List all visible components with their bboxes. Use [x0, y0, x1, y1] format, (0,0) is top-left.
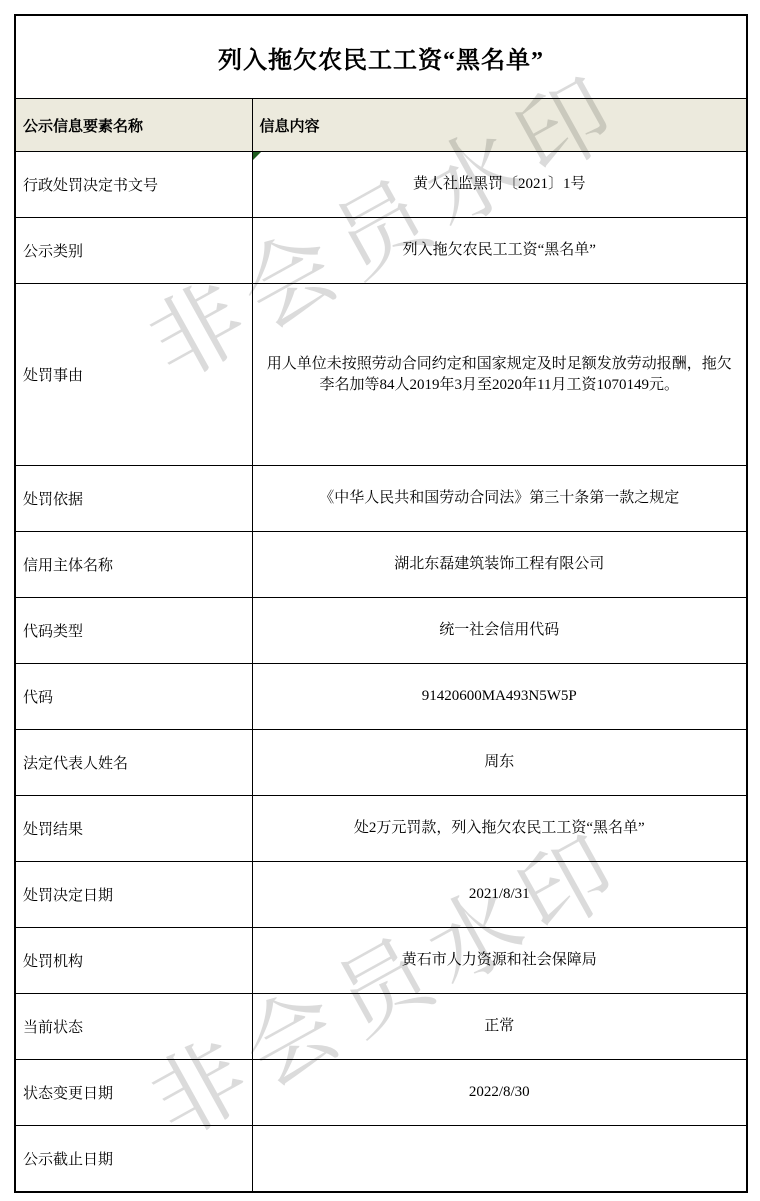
excel-green-triangle-icon	[253, 152, 261, 160]
table-row: 行政处罚决定书文号黄人社监黑罚〔2021〕1号	[15, 152, 747, 218]
row-value-text: 统一社会信用代码	[439, 622, 559, 638]
row-label: 法定代表人姓名	[15, 730, 252, 796]
table-row: 处罚事由用人单位未按照劳动合同约定和国家规定及时足额发放劳动报酬，拖欠李名加等8…	[15, 284, 747, 466]
table-row: 法定代表人姓名周东	[15, 730, 747, 796]
row-label: 处罚依据	[15, 466, 252, 532]
row-label: 行政处罚决定书文号	[15, 152, 252, 218]
row-value-text: 正常	[484, 1018, 514, 1034]
row-label: 代码	[15, 664, 252, 730]
row-value-text: 《中华人民共和国劳动合同法》第三十条第一款之规定	[319, 490, 679, 506]
notice-page: 列入拖欠农民工工资“黑名单” 公示信息要素名称 信息内容 行政处罚决定书文号黄人…	[0, 0, 760, 1201]
row-value-text: 黄石市人力资源和社会保障局	[402, 952, 597, 968]
row-value: 湖北东磊建筑装饰工程有限公司	[252, 532, 747, 598]
row-label: 当前状态	[15, 994, 252, 1060]
row-label: 处罚机构	[15, 928, 252, 994]
row-value: 列入拖欠农民工工资“黑名单”	[252, 218, 747, 284]
row-label: 公示类别	[15, 218, 252, 284]
row-value-text: 2022/8/30	[469, 1084, 530, 1100]
row-value: 黄石市人力资源和社会保障局	[252, 928, 747, 994]
row-value: 2022/8/30	[252, 1060, 747, 1126]
table-row: 处罚决定日期2021/8/31	[15, 862, 747, 928]
row-label: 处罚结果	[15, 796, 252, 862]
row-label: 信用主体名称	[15, 532, 252, 598]
row-value-text: 湖北东磊建筑装饰工程有限公司	[394, 556, 604, 572]
table-row: 当前状态正常	[15, 994, 747, 1060]
row-value-text: 周东	[484, 754, 514, 770]
row-value-text: 2021/8/31	[469, 886, 530, 902]
table-row: 处罚机构黄石市人力资源和社会保障局	[15, 928, 747, 994]
row-value: 周东	[252, 730, 747, 796]
table-row: 处罚依据《中华人民共和国劳动合同法》第三十条第一款之规定	[15, 466, 747, 532]
row-value: 正常	[252, 994, 747, 1060]
table-row: 公示类别列入拖欠农民工工资“黑名单”	[15, 218, 747, 284]
row-value: 2021/8/31	[252, 862, 747, 928]
column-header-content: 信息内容	[252, 99, 747, 152]
page-title: 列入拖欠农民工工资“黑名单”	[15, 15, 747, 99]
row-value-text: 91420600MA493N5W5P	[422, 688, 577, 704]
row-label: 处罚决定日期	[15, 862, 252, 928]
row-value: 《中华人民共和国劳动合同法》第三十条第一款之规定	[252, 466, 747, 532]
table-row: 公示截止日期	[15, 1126, 747, 1192]
row-value: 统一社会信用代码	[252, 598, 747, 664]
table-row: 处罚结果处2万元罚款，列入拖欠农民工工资“黑名单”	[15, 796, 747, 862]
row-label: 公示截止日期	[15, 1126, 252, 1192]
row-value: 处2万元罚款，列入拖欠农民工工资“黑名单”	[252, 796, 747, 862]
row-value-text: 处2万元罚款，列入拖欠农民工工资“黑名单”	[354, 820, 645, 836]
row-value: 用人单位未按照劳动合同约定和国家规定及时足额发放劳动报酬，拖欠李名加等84人20…	[252, 284, 747, 466]
row-value: 黄人社监黑罚〔2021〕1号	[252, 152, 747, 218]
title-row: 列入拖欠农民工工资“黑名单”	[15, 15, 747, 99]
row-label: 处罚事由	[15, 284, 252, 466]
header-row: 公示信息要素名称 信息内容	[15, 99, 747, 152]
table-row: 状态变更日期2022/8/30	[15, 1060, 747, 1126]
table-row: 代码91420600MA493N5W5P	[15, 664, 747, 730]
row-value-text: 列入拖欠农民工工资“黑名单”	[403, 242, 596, 258]
row-label: 代码类型	[15, 598, 252, 664]
row-value-text: 黄人社监黑罚〔2021〕1号	[413, 176, 586, 192]
table-row: 代码类型统一社会信用代码	[15, 598, 747, 664]
row-value	[252, 1126, 747, 1192]
row-value-text: 用人单位未按照劳动合同约定和国家规定及时足额发放劳动报酬，拖欠李名加等84人20…	[267, 356, 732, 392]
column-header-element-name: 公示信息要素名称	[15, 99, 252, 152]
table-row: 信用主体名称湖北东磊建筑装饰工程有限公司	[15, 532, 747, 598]
row-value: 91420600MA493N5W5P	[252, 664, 747, 730]
blacklist-notice-table: 列入拖欠农民工工资“黑名单” 公示信息要素名称 信息内容 行政处罚决定书文号黄人…	[14, 14, 748, 1193]
row-label: 状态变更日期	[15, 1060, 252, 1126]
